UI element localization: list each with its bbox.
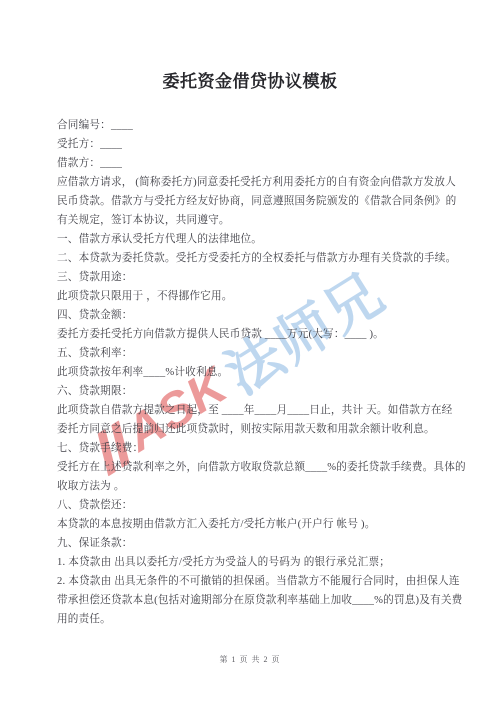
text-line: 收取方法为 。 [57, 477, 452, 496]
text-line: 2. 本贷款由 出具无条件的不可撤销的担保函。当借款方不能履行合同时，由担保人连 [57, 572, 452, 591]
text-line: 民币贷款。借款方与受托方经友好协商，同意遵照国务院颁发的《借款合同条例》的 [57, 192, 452, 211]
page-title: 委托资金借贷协议模板 [0, 67, 500, 92]
text-line: 七、贷款手续费： [57, 439, 452, 458]
text-line: 用的责任。 [57, 610, 452, 629]
page-number-footer: 第 1 页 共 2 页 [0, 654, 500, 665]
text-line: 八、贷款偿还： [57, 496, 452, 515]
text-line: 有关规定，签订本协议，共同遵守。 [57, 211, 452, 230]
text-line: 借款方：____ [57, 154, 452, 173]
text-line: 委托方同意之后提前归还此项贷款时，则按实际用款天数和用款余额计收利息。 [57, 420, 452, 439]
document-body: 合同编号：____受托方：____借款方：____应借款方请求， (简称委托方)… [57, 116, 452, 629]
text-line: 应借款方请求， (简称委托方)同意委托受托方利用委托方的自有资金向借款方发放人 [57, 173, 452, 192]
text-line: 1. 本贷款由 出具以委托方/受托方为受益人的号码为 的银行承兑汇票； [57, 553, 452, 572]
text-line: 受托方：____ [57, 135, 452, 154]
document-page: ASK 法师兄 委托资金借贷协议模板 合同编号：____受托方：____借款方：… [0, 0, 500, 706]
text-line: 三、贷款用途： [57, 268, 452, 287]
text-line: 带承担偿还贷款本息(包括对逾期部分在原贷款利率基础上加收____%的罚息)及有关… [57, 591, 452, 610]
text-line: 此项贷款自借款方提款之日起，至 ____年____月____日止，共计 天。如借… [57, 401, 452, 420]
text-line: 合同编号：____ [57, 116, 452, 135]
text-line: 二、本贷款为委托贷款。受托方受委托方的全权委托与借款方办理有关贷款的手续。 [57, 249, 452, 268]
text-line: 六、贷款期限： [57, 382, 452, 401]
text-line: 九、保证条款： [57, 534, 452, 553]
text-line: 委托方委托受托方向借款方提供人民币贷款 ____万元(大写：____ )。 [57, 325, 452, 344]
text-line: 本贷款的本息按期由借款方汇入委托方/受托方帐户(开户行 帐号 )。 [57, 515, 452, 534]
text-line: 此项贷款只限用于 ，不得挪作它用。 [57, 287, 452, 306]
text-line: 一、借款方承认受托方代理人的法律地位。 [57, 230, 452, 249]
text-line: 四、贷款金额： [57, 306, 452, 325]
text-line: 此项贷款按年利率____%计收利息。 [57, 363, 452, 382]
text-line: 受托方在上述贷款利率之外，向借款方收取贷款总额____%的委托贷款手续费。具体的 [57, 458, 452, 477]
text-line: 五、贷款利率： [57, 344, 452, 363]
